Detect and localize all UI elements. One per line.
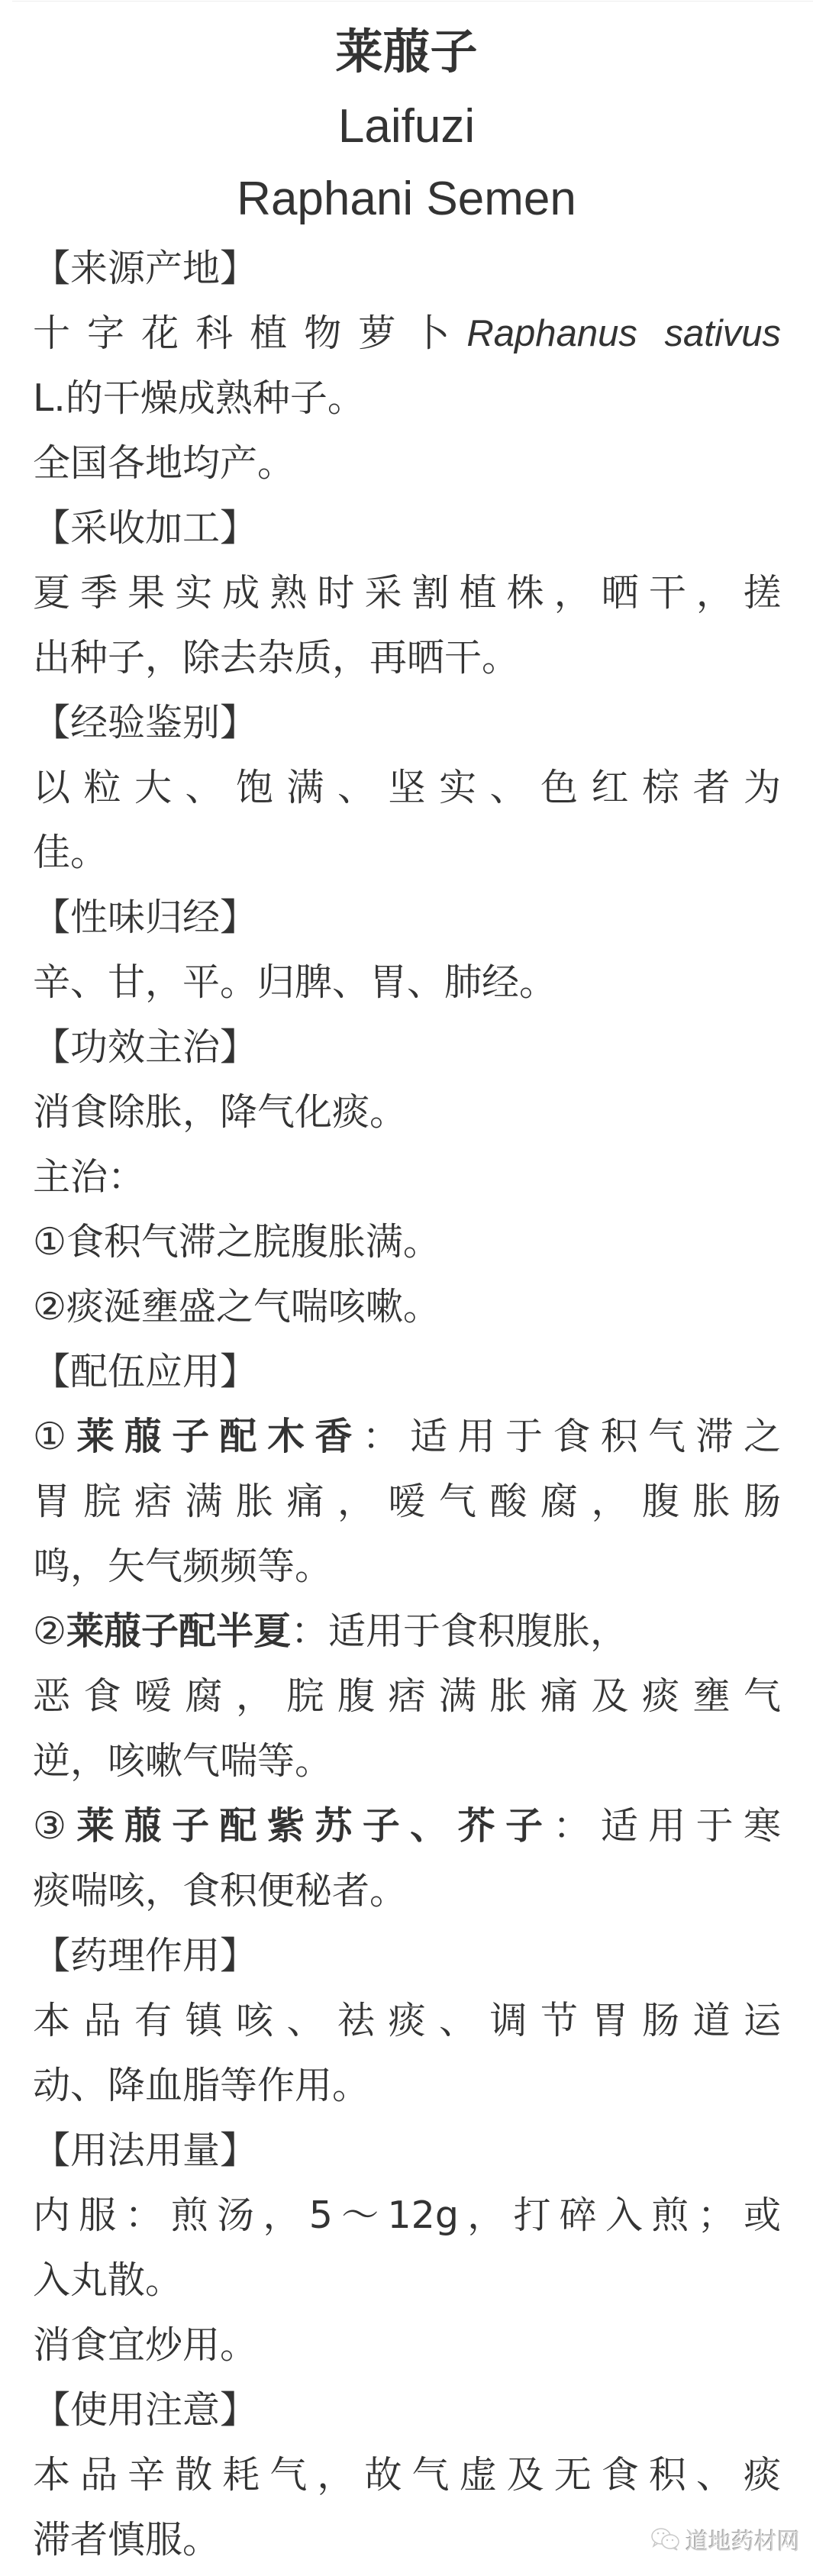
combination-title: 莱菔子配半夏 <box>66 1609 291 1653</box>
text: 适用于食积气滞之 <box>410 1415 781 1458</box>
paragraph-line: 动、降血脂等作用。 <box>33 2053 781 2118</box>
text: 适用于寒 <box>601 1804 781 1848</box>
colon: ： <box>363 1415 410 1458</box>
section-header-efficacy: 【功效主治】 <box>33 1015 781 1080</box>
top-divider <box>12 1 813 2</box>
list-item: ②痰涎壅盛之气喘咳嗽。 <box>33 1274 781 1339</box>
section-header-caution: 【使用注意】 <box>33 2377 781 2442</box>
combination-item: ③莱菔子配紫苏子、芥子：适用于寒 <box>33 1793 781 1858</box>
paragraph-line: 本品辛散耗气，故气虚及无食积、痰 <box>33 2442 781 2507</box>
paragraph-line: 出种子，除去杂质，再晒干。 <box>33 625 781 690</box>
item-number: ② <box>33 1609 66 1653</box>
latin-name: Raphani Semen <box>0 170 813 228</box>
paragraph-line: 胃脘痞满胀痛，嗳气酸腐，腹胀肠 <box>33 1469 781 1534</box>
section-header-harvest: 【采收加工】 <box>33 496 781 560</box>
article-body: 【来源产地】 十字花科植物萝卜Raphanus sativus L.的干燥成熟种… <box>33 236 781 2572</box>
section-header-combination: 【配伍应用】 <box>33 1339 781 1404</box>
colon: ： <box>291 1609 328 1653</box>
text: 适用于食积腹胀， <box>328 1609 627 1653</box>
item-number: ① <box>33 1415 76 1458</box>
paragraph-line: 鸣，矢气频频等。 <box>33 1534 781 1599</box>
paragraph-line: L.的干燥成熟种子。 <box>33 366 781 431</box>
section-header-pharmacology: 【药理作用】 <box>33 1923 781 1988</box>
paragraph-line: 以粒大、饱满、坚实、色红棕者为 <box>33 755 781 820</box>
paragraph-line: 痰喘咳，食积便秘者。 <box>33 1858 781 1923</box>
paragraph-line: 消食宜炒用。 <box>33 2313 781 2377</box>
combination-item: ①莱菔子配木香：适用于食积气滞之 <box>33 1404 781 1469</box>
combination-title: 莱菔子配木香 <box>76 1415 362 1458</box>
paragraph-line: 本品有镇咳、祛痰、调节胃肠道运 <box>33 1988 781 2053</box>
section-header-dosage: 【用法用量】 <box>33 2118 781 2183</box>
list-item: ①食积气滞之脘腹胀满。 <box>33 1209 781 1274</box>
wechat-icon <box>650 2526 681 2552</box>
paragraph-line: 消食除胀，降气化痰。 <box>33 1080 781 1144</box>
source-watermark: 道地药材网 <box>650 2524 800 2555</box>
item-number: ③ <box>33 1804 76 1848</box>
paragraph-line: 全国各地均产。 <box>33 431 781 496</box>
section-header-source: 【来源产地】 <box>33 236 781 301</box>
colon: ： <box>553 1804 600 1848</box>
paragraph-line: 逆，咳嗽气喘等。 <box>33 1729 781 1793</box>
section-header-nature: 【性味归经】 <box>33 885 781 950</box>
paragraph-line: 主治： <box>33 1144 781 1209</box>
paragraph-line: 内服：煎汤，5～12g，打碎入煎；或 <box>33 2183 781 2248</box>
species-latin-name: Raphanus sativus <box>466 313 781 354</box>
paragraph-line: 夏季果实成熟时采割植株，晒干，搓 <box>33 560 781 625</box>
paragraph-line: 恶食嗳腐，脘腹痞满胀痛及痰壅气 <box>33 1664 781 1729</box>
text: 十字花科植物萝卜 <box>33 312 466 355</box>
combination-title: 莱菔子配紫苏子、芥子 <box>76 1804 553 1848</box>
section-header-identification: 【经验鉴别】 <box>33 690 781 755</box>
watermark-text: 道地药材网 <box>686 2523 800 2556</box>
page-title: 莱菔子 <box>0 23 813 81</box>
combination-item: ②莱菔子配半夏：适用于食积腹胀， <box>33 1599 781 1664</box>
paragraph-line: 佳。 <box>33 820 781 885</box>
pinyin-name: Laifuzi <box>0 98 813 156</box>
paragraph-line: 辛、甘，平。归脾、胃、肺经。 <box>33 950 781 1015</box>
paragraph-line: 十字花科植物萝卜Raphanus sativus <box>33 301 781 366</box>
paragraph-line: 入丸散。 <box>33 2248 781 2313</box>
